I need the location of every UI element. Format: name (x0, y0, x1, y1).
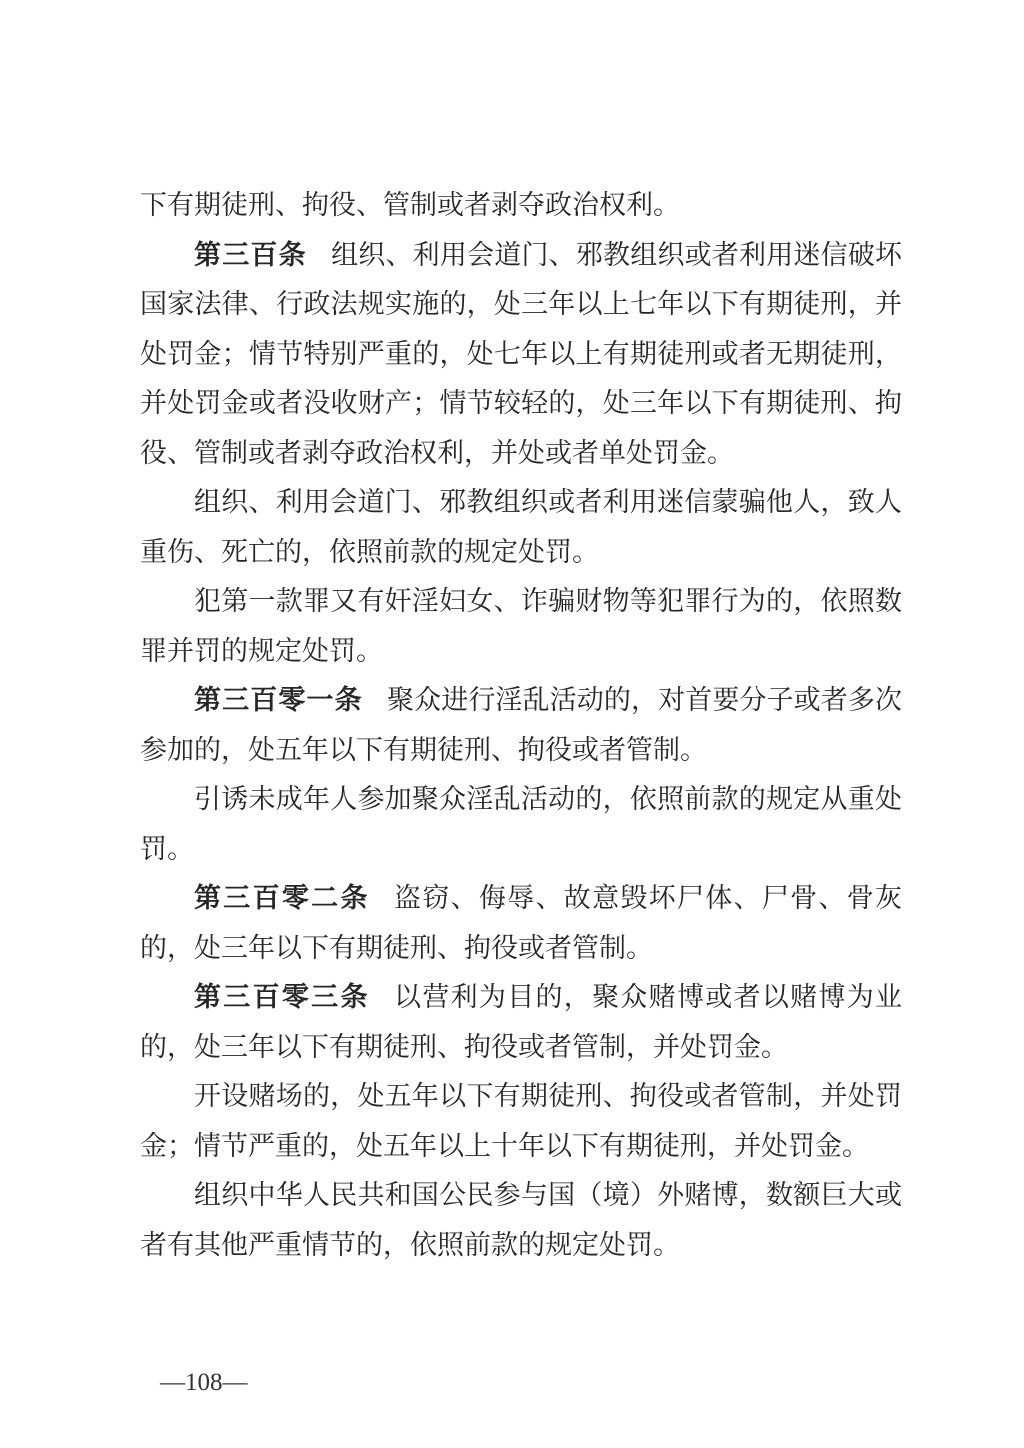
paragraph-text: 组织、利用会道门、邪教组织或者利用迷信破坏国家法律、行政法规实施的，处三年以上七… (140, 240, 902, 468)
document-body: 下有期徒刑、拘役、管制或者剥夺政治权利。 第三百条组织、利用会道门、邪教组织或者… (140, 181, 902, 1270)
paragraph-text: 组织、利用会道门、邪教组织或者利用迷信蒙骗他人，致人重伤、死亡的，依照前款的规定… (140, 487, 902, 567)
article-number-heading: 第三百零三条 (194, 982, 370, 1012)
article-number-heading: 第三百零一条 (194, 685, 363, 715)
paragraph-text: 引诱未成年人参加聚众淫乱活动的，依照前款的规定从重处罚。 (140, 784, 902, 864)
paragraph-continuation: 下有期徒刑、拘役、管制或者剥夺政治权利。 (140, 181, 902, 231)
paragraph-article-300: 第三百条组织、利用会道门、邪教组织或者利用迷信破坏国家法律、行政法规实施的，处三… (140, 231, 902, 479)
paragraph-article-300-clause-2: 组织、利用会道门、邪教组织或者利用迷信蒙骗他人，致人重伤、死亡的，依照前款的规定… (140, 478, 902, 577)
paragraph-article-301: 第三百零一条聚众进行淫乱活动的，对首要分子或者多次参加的，处五年以下有期徒刑、拘… (140, 676, 902, 775)
paragraph-article-303-clause-2: 开设赌场的，处五年以下有期徒刑、拘役或者管制，并处罚金；情节严重的，处五年以上十… (140, 1072, 902, 1171)
paragraph-article-301-clause-2: 引诱未成年人参加聚众淫乱活动的，依照前款的规定从重处罚。 (140, 775, 902, 874)
paragraph-article-302: 第三百零二条盗窃、侮辱、故意毁坏尸体、尸骨、骨灰的，处三年以下有期徒刑、拘役或者… (140, 874, 902, 973)
paragraph-article-303: 第三百零三条以营利为目的，聚众赌博或者以赌博为业的，处三年以下有期徒刑、拘役或者… (140, 973, 902, 1072)
document-page: 下有期徒刑、拘役、管制或者剥夺政治权利。 第三百条组织、利用会道门、邪教组织或者… (0, 0, 1024, 1448)
page-number: —108— (160, 1368, 248, 1398)
paragraph-article-300-clause-3: 犯第一款罪又有奸淫妇女、诈骗财物等犯罪行为的，依照数罪并罚的规定处罚。 (140, 577, 902, 676)
article-number-heading: 第三百条 (194, 240, 307, 270)
paragraph-text: 开设赌场的，处五年以下有期徒刑、拘役或者管制，并处罚金；情节严重的，处五年以上十… (140, 1081, 902, 1161)
paragraph-text: 组织中华人民共和国公民参与国（境）外赌博，数额巨大或者有其他严重情节的，依照前款… (140, 1180, 902, 1260)
paragraph-text: 犯第一款罪又有奸淫妇女、诈骗财物等犯罪行为的，依照数罪并罚的规定处罚。 (140, 586, 902, 666)
article-number-heading: 第三百零二条 (194, 883, 370, 913)
paragraph-article-303-clause-3: 组织中华人民共和国公民参与国（境）外赌博，数额巨大或者有其他严重情节的，依照前款… (140, 1171, 902, 1270)
paragraph-text: 下有期徒刑、拘役、管制或者剥夺政治权利。 (140, 190, 680, 220)
